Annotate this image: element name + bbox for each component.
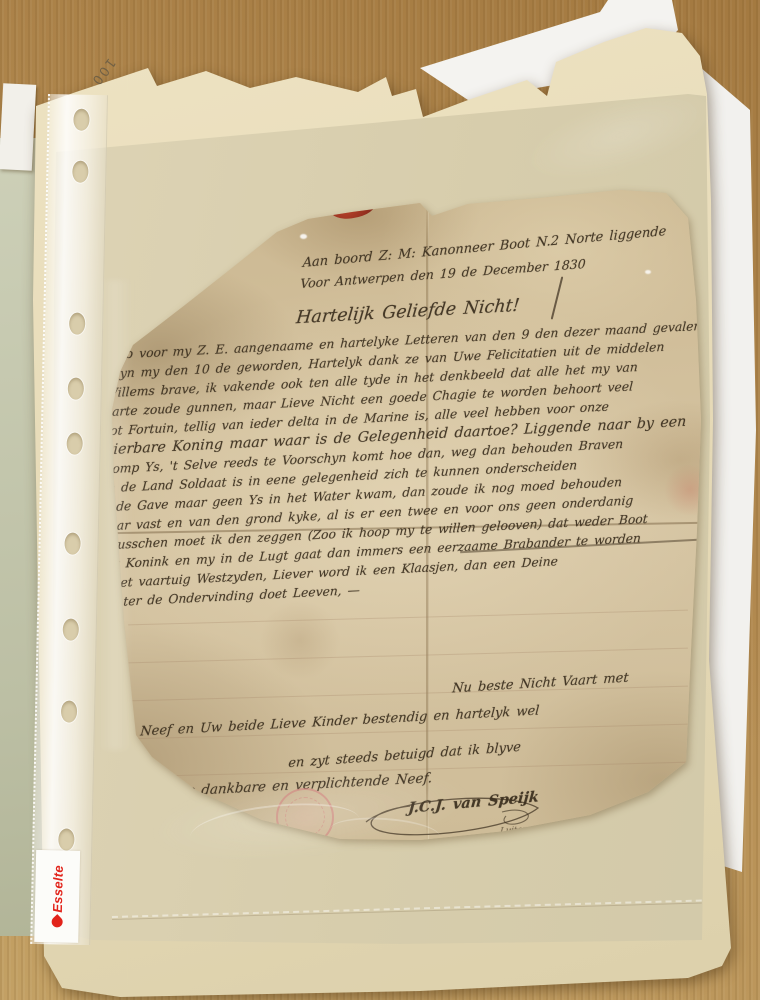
- letter-salutation: Hartelijk Geliefde Nicht!: [295, 296, 520, 329]
- letter-body: Heb voor my Z. E. aangenaame en hartelyk…: [93, 317, 710, 613]
- wax-seal-remnant: [329, 191, 378, 221]
- closing-line-1: Nu beste Nicht Vaart met: [452, 671, 629, 697]
- ink-flourish-stroke: [551, 276, 564, 319]
- ruled-line: [128, 610, 688, 626]
- closing-line-2: Neef en Uw beide Lieve Kinder bestendig …: [140, 704, 540, 740]
- archive-stamp: [276, 788, 334, 846]
- ruled-line: [128, 686, 688, 702]
- photo-scene: Esselte 100 Aan boord Z: M: Kanonneer Bo…: [0, 0, 760, 1000]
- ruled-line: [128, 648, 688, 664]
- letter-paper: Aan boord Z: M: Kanonneer Boot N.2 Norte…: [0, 0, 760, 1000]
- letter-shadow: Aan boord Z: M: Kanonneer Boot N.2 Norte…: [0, 0, 760, 1000]
